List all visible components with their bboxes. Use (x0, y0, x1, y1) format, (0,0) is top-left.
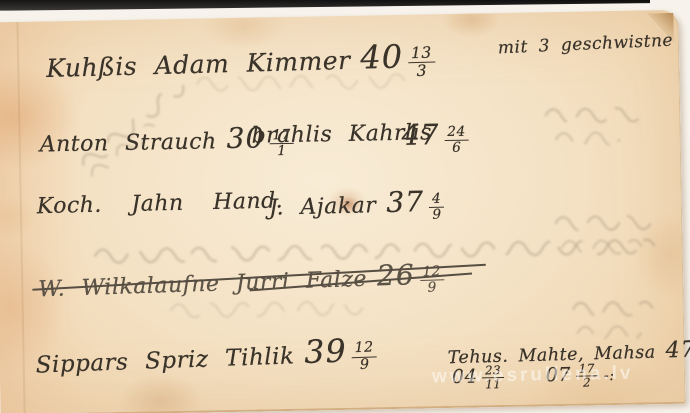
ledger-entry-3: Koch. Jahn Hand. J. Ajakar3749 (37, 188, 284, 219)
ledger-entry-6-numbers: 042311 07172-: (452, 363, 615, 392)
trailing-mark: -: (604, 368, 615, 384)
scanned-notebook-page: Kuhßis Adam Kimmer40133 mit 3 geschwistn… (0, 0, 690, 413)
fraction-a: 2311 (482, 365, 504, 391)
entry-fraction-2: 246 (444, 125, 469, 154)
ledger-entry-2: Anton Strauch30171 brahlis Kahrlis 47246 (39, 121, 294, 162)
entry-name: Sippars Spriz Tihlik (35, 343, 295, 378)
ink-bleedthrough-ghost (543, 98, 669, 152)
number-group-b: 07172-: (546, 363, 615, 386)
paper-page: Kuhßis Adam Kimmer40133 mit 3 geschwistn… (0, 10, 686, 413)
number-group-a: 042311 (452, 365, 505, 388)
entry-name: Kuhßis Adam Kimmer (46, 46, 351, 83)
entry-amount: 40 (360, 37, 404, 76)
entry-detail: J. Ajakar3749 (268, 185, 444, 226)
entry-name: Anton Strauch (39, 129, 216, 157)
entry-fraction: 49 (429, 192, 445, 221)
entry-amount: 39 (304, 333, 348, 370)
ledger-entry-1: Kuhßis Adam Kimmer40133 mit 3 geschwistn… (46, 37, 436, 89)
entry-fraction: 129 (419, 265, 444, 295)
entry-note: mit 3 geschwistne (498, 31, 674, 59)
entry-amount: 37 (386, 185, 425, 219)
entry-amount-2: 47246 (391, 118, 469, 156)
ink-bleedthrough-ghost (553, 208, 674, 260)
fraction-b: 172 (576, 364, 598, 390)
entry-fraction: 133 (408, 45, 436, 78)
entry-amount: 26 (376, 258, 415, 292)
side-note-amount: 47 (665, 337, 690, 364)
entry-name: Koch. Jahn Hand. (37, 188, 284, 219)
entry-fraction: 129 (351, 342, 377, 373)
ledger-entry-4-struck: W. Wilkalaufne Jurri Falze26129 (38, 257, 445, 307)
left-crease-line (16, 22, 25, 413)
ledger-entry-5: Sippars Spriz Tihlik39129 (35, 332, 378, 384)
